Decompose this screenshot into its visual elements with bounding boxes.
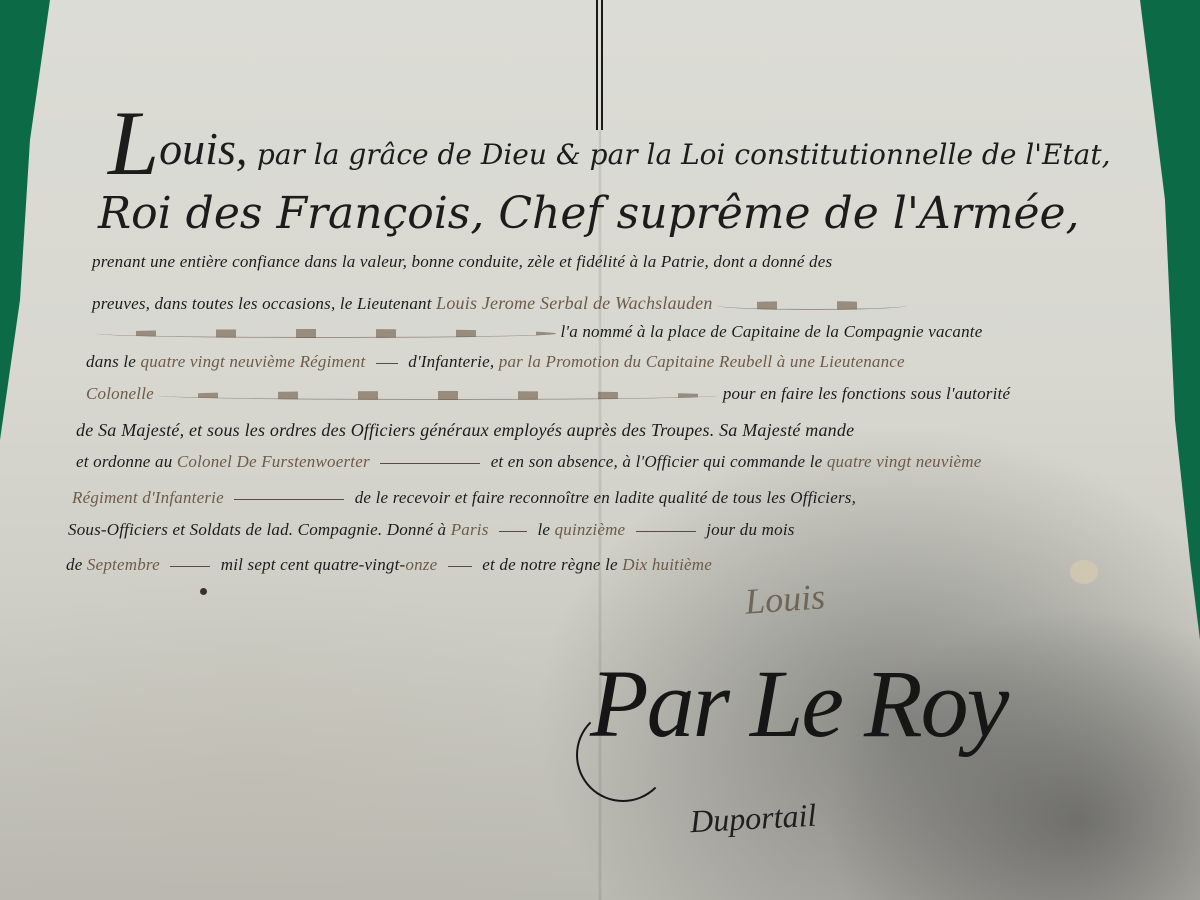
place-given: Paris — [451, 520, 489, 539]
body-line-7: et ordonne au Colonel De Furstenwoerter … — [76, 452, 981, 472]
promotion-note: par la Promotion du Capitaine Reubell à … — [499, 352, 905, 371]
flourish-swirl — [576, 708, 670, 802]
title-line-1: Louis, par la grâce de Dieu & par la Loi… — [108, 90, 1111, 196]
regiment-number: quatre vingt neuvième Régiment — [141, 352, 366, 371]
filler-dash — [234, 499, 344, 500]
regiment-number-2: quatre vingt neuvième — [827, 452, 982, 471]
day-given: quinzième — [555, 520, 626, 539]
officer-name: Louis Jerome Serbal de Wachslauden — [436, 293, 712, 313]
rank-continuation: Colonelle — [86, 384, 154, 403]
filler-dash — [499, 531, 527, 532]
printed-text: mil sept cent quatre-vingt- — [221, 555, 406, 574]
printed-text: dans le — [86, 352, 136, 371]
body-line-1: prenant une entière confiance dans la va… — [92, 252, 832, 272]
filler-dash — [380, 463, 480, 464]
printed-text: le — [537, 520, 550, 539]
printed-text: et ordonne au — [76, 452, 172, 471]
parchment-sheet: Louis, par la grâce de Dieu & par la Loi… — [0, 0, 1200, 900]
month-given: Septembre — [87, 555, 160, 574]
body-line-6: de Sa Majesté, et sous les ordres des Of… — [76, 420, 854, 441]
title-initial: L — [108, 92, 159, 194]
body-line-10: de Septembre mil sept cent quatre-vingt-… — [66, 555, 712, 575]
printed-text: jour du mois — [706, 520, 794, 539]
paper-stain — [1070, 560, 1098, 584]
filler-dash — [448, 566, 472, 567]
body-line-5: Colonelle pour en faire les fonctions so… — [86, 384, 1010, 404]
printed-text: l'a nommé à la place de Capitaine de la … — [560, 322, 982, 341]
filler-wave — [96, 329, 556, 338]
body-line-3: l'a nommé à la place de Capitaine de la … — [96, 322, 982, 342]
colonel-name: Colonel De Furstenwoerter — [177, 452, 370, 471]
printed-text: prenant une entière confiance dans la va… — [92, 252, 832, 271]
par-le-roy-heading: Par Le Roy — [590, 648, 1007, 759]
printed-text: preuves, dans toutes les occasions, le L… — [92, 294, 432, 313]
printed-text: pour en faire les fonctions sous l'autor… — [723, 384, 1010, 403]
body-line-9: Sous-Officiers et Soldats de lad. Compag… — [68, 520, 795, 540]
printed-text: Sous-Officiers et Soldats de lad. Compag… — [68, 520, 446, 539]
printed-text: de le recevoir et faire reconnoître en l… — [355, 488, 856, 507]
printed-text: de Sa Majesté, et sous les ordres des Of… — [76, 420, 854, 440]
regiment-name: Régiment d'Infanterie — [72, 488, 224, 507]
body-line-4: dans le quatre vingt neuvième Régiment d… — [86, 352, 905, 372]
ink-blot — [200, 588, 207, 595]
body-line-2: preuves, dans toutes les occasions, le L… — [92, 293, 907, 314]
filler-wave — [158, 391, 718, 400]
printed-text: et en son absence, à l'Officier qui comm… — [491, 452, 823, 471]
printed-text: et de notre règne le — [482, 555, 618, 574]
minister-signature: Duportail — [689, 797, 817, 841]
king-signature: Louis — [744, 575, 827, 622]
filler-dash — [376, 363, 398, 364]
title-line-2: Roi des François, Chef suprême de l'Armé… — [98, 188, 1080, 239]
printed-text: d'Infanterie, — [408, 352, 494, 371]
body-line-8: Régiment d'Infanterie de le recevoir et … — [72, 488, 856, 508]
printed-text: de — [66, 555, 82, 574]
year-suffix: onze — [405, 555, 437, 574]
filler-dash — [170, 566, 210, 567]
filler-wave — [717, 301, 907, 310]
title-line-1-tail: par la grâce de Dieu & par la Loi consti… — [257, 138, 1111, 171]
regnal-year: Dix huitième — [622, 555, 712, 574]
title-louis: ouis, — [159, 123, 247, 174]
filler-dash — [636, 531, 696, 532]
